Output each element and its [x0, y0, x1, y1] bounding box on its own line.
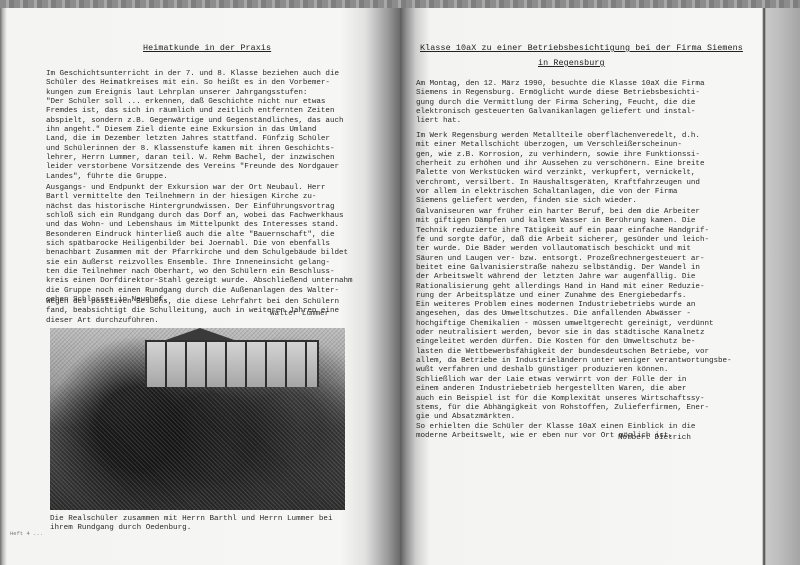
left-page-title: Heimatkunde in der Praxis	[143, 43, 271, 53]
page-folio: Heft 4 ...	[10, 530, 43, 537]
right-page-title-line-2: in Regensburg	[538, 58, 605, 68]
left-signature: Walter Lummer	[270, 310, 329, 318]
right-paragraph-3: Galvaniseuren war früher ein harter Beru…	[416, 208, 751, 301]
left-paragraph-2: Ausgangs- und Endpunkt der Exkursion war…	[46, 184, 376, 305]
scan-top-edge	[0, 0, 800, 8]
right-signature: Norbert Dietrich	[618, 434, 691, 442]
right-paragraph-6: So erhielten die Schüler der Klasse 10aX…	[416, 423, 751, 442]
left-page: Heimatkunde in der Praxis Im Geschichtsu…	[0, 8, 400, 565]
right-paragraph-4: Ein weiteres Problem eines modernen Indu…	[416, 301, 751, 376]
photo-caption: Die Realschüler zusammen mit Herrn Barth…	[50, 515, 333, 534]
right-paragraph-5: Schließlich war der Laie etwas verwirrt …	[416, 376, 751, 423]
group-photo	[50, 328, 345, 510]
right-paragraph-2: Im Werk Regensburg werden Metallteile ob…	[416, 132, 751, 207]
photo-half-timbered-house	[145, 340, 319, 387]
right-paragraph-1: Am Montag, den 12. März 1990, besuchte d…	[416, 80, 751, 127]
right-page-title-line-1: Klasse 10aX zu einer Betriebsbesichtigun…	[420, 43, 743, 53]
left-paragraph-1: Im Geschichtsunterricht in der 7. und 8.…	[46, 70, 376, 182]
right-page: Klasse 10aX zu einer Betriebsbesichtigun…	[400, 8, 800, 565]
